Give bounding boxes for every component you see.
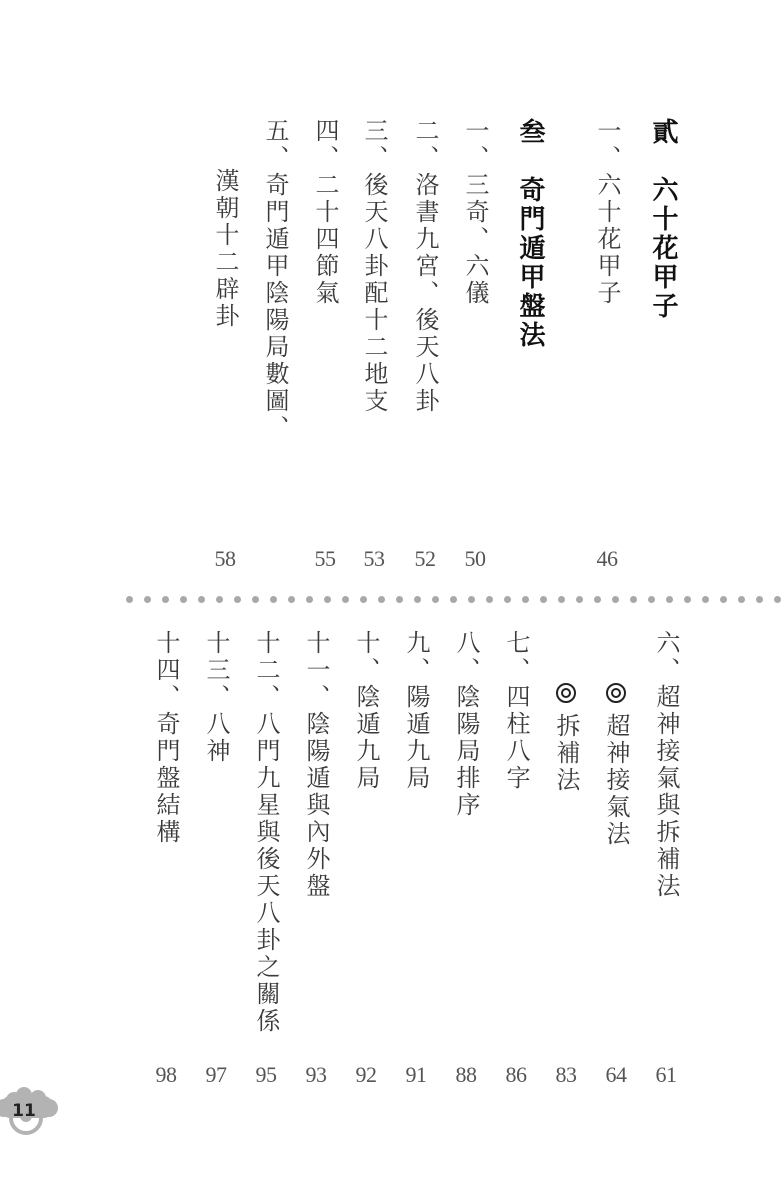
- divider-dot: [342, 596, 349, 603]
- page-number: 86: [506, 1062, 527, 1088]
- divider-dot: [612, 596, 619, 603]
- toc-entry-2-1[interactable]: 一、六十花甲子: [595, 118, 619, 307]
- divider-dot: [252, 596, 259, 603]
- divider-dot: [576, 596, 583, 603]
- page-number: 97: [206, 1062, 227, 1088]
- dotted-divider: [126, 596, 784, 606]
- toc-entry-3-1[interactable]: 一、三奇、六儀: [463, 118, 487, 307]
- toc-subentry-chaibu[interactable]: 拆補法: [553, 683, 579, 794]
- divider-dot: [684, 596, 691, 603]
- page-number: 46: [597, 546, 618, 572]
- divider-dot: [432, 596, 439, 603]
- divider-dot: [648, 596, 655, 603]
- divider-dot: [666, 596, 673, 603]
- divider-dot: [450, 596, 457, 603]
- divider-dot: [594, 596, 601, 603]
- divider-dot: [720, 596, 727, 603]
- toc-entry-3-4[interactable]: 四、二十四節氣: [313, 118, 337, 307]
- page-number: 53: [364, 546, 385, 572]
- divider-dot: [414, 596, 421, 603]
- divider-dot: [540, 596, 547, 603]
- toc-entry-3-14[interactable]: 十四、奇門盤結構: [154, 630, 178, 846]
- divider-dot: [216, 596, 223, 603]
- divider-dot: [486, 596, 493, 603]
- folio-page-number: 11: [2, 1101, 46, 1121]
- divider-dot: [360, 596, 367, 603]
- divider-dot: [702, 596, 709, 603]
- page-number: 64: [606, 1062, 627, 1088]
- divider-dot: [180, 596, 187, 603]
- toc-entry-3-8[interactable]: 八、陰陽局排序: [454, 630, 478, 819]
- toc-subentry-chaoshen[interactable]: 超神接氣法: [603, 683, 629, 848]
- divider-dot: [774, 596, 781, 603]
- divider-dot: [198, 596, 205, 603]
- toc-entry-3-11[interactable]: 十一、陰陽遁與內外盤: [304, 630, 328, 900]
- divider-dot: [738, 596, 745, 603]
- toc-entry-3-3[interactable]: 三、後天八卦配十二地支: [362, 118, 386, 415]
- toc-entry-3-5-continued[interactable]: 漢朝十二辟卦: [213, 168, 237, 330]
- divider-dot: [630, 596, 637, 603]
- toc-entry-3-6[interactable]: 六、超神接氣與拆補法: [654, 630, 678, 900]
- divider-dot: [558, 596, 565, 603]
- divider-dot: [378, 596, 385, 603]
- chapter-heading-3[interactable]: 叁 奇門遁甲盤法: [517, 118, 543, 350]
- page-number: 92: [356, 1062, 377, 1088]
- divider-dot: [288, 596, 295, 603]
- divider-dot: [234, 596, 241, 603]
- toc-entry-3-9[interactable]: 九、陽遁九局: [404, 630, 428, 792]
- toc-entry-3-2[interactable]: 二、洛書九宮、後天八卦: [413, 118, 437, 415]
- double-circle-bullet-icon: [606, 683, 626, 703]
- page-number: 52: [415, 546, 436, 572]
- page-number: 55: [315, 546, 336, 572]
- page-number: 61: [656, 1062, 677, 1088]
- page-number: 58: [215, 546, 236, 572]
- divider-dot: [162, 596, 169, 603]
- divider-dot: [756, 596, 763, 603]
- divider-dot: [306, 596, 313, 603]
- toc-entry-3-12[interactable]: 十二、八門九星與後天八卦之關係: [254, 630, 278, 1035]
- chapter-heading-2[interactable]: 貳 六十花甲子: [650, 118, 676, 321]
- page-number: 91: [406, 1062, 427, 1088]
- page-number: 95: [256, 1062, 277, 1088]
- page-number: 50: [465, 546, 486, 572]
- page-number: 98: [156, 1062, 177, 1088]
- toc-entry-3-5[interactable]: 五、奇門遁甲陰陽局數圖、: [263, 118, 287, 442]
- divider-dot: [324, 596, 331, 603]
- divider-dot: [396, 596, 403, 603]
- page-number: 93: [306, 1062, 327, 1088]
- divider-dot: [144, 596, 151, 603]
- divider-dot: [522, 596, 529, 603]
- divider-dot: [126, 596, 133, 603]
- double-circle-bullet-icon: [556, 683, 576, 703]
- divider-dot: [468, 596, 475, 603]
- page-number: 83: [556, 1062, 577, 1088]
- toc-entry-3-7[interactable]: 七、四柱八字: [504, 630, 528, 792]
- divider-dot: [270, 596, 277, 603]
- divider-dot: [504, 596, 511, 603]
- toc-entry-3-13[interactable]: 十三、八神: [204, 630, 228, 765]
- toc-entry-3-10[interactable]: 十、陰遁九局: [354, 630, 378, 792]
- page-number: 88: [456, 1062, 477, 1088]
